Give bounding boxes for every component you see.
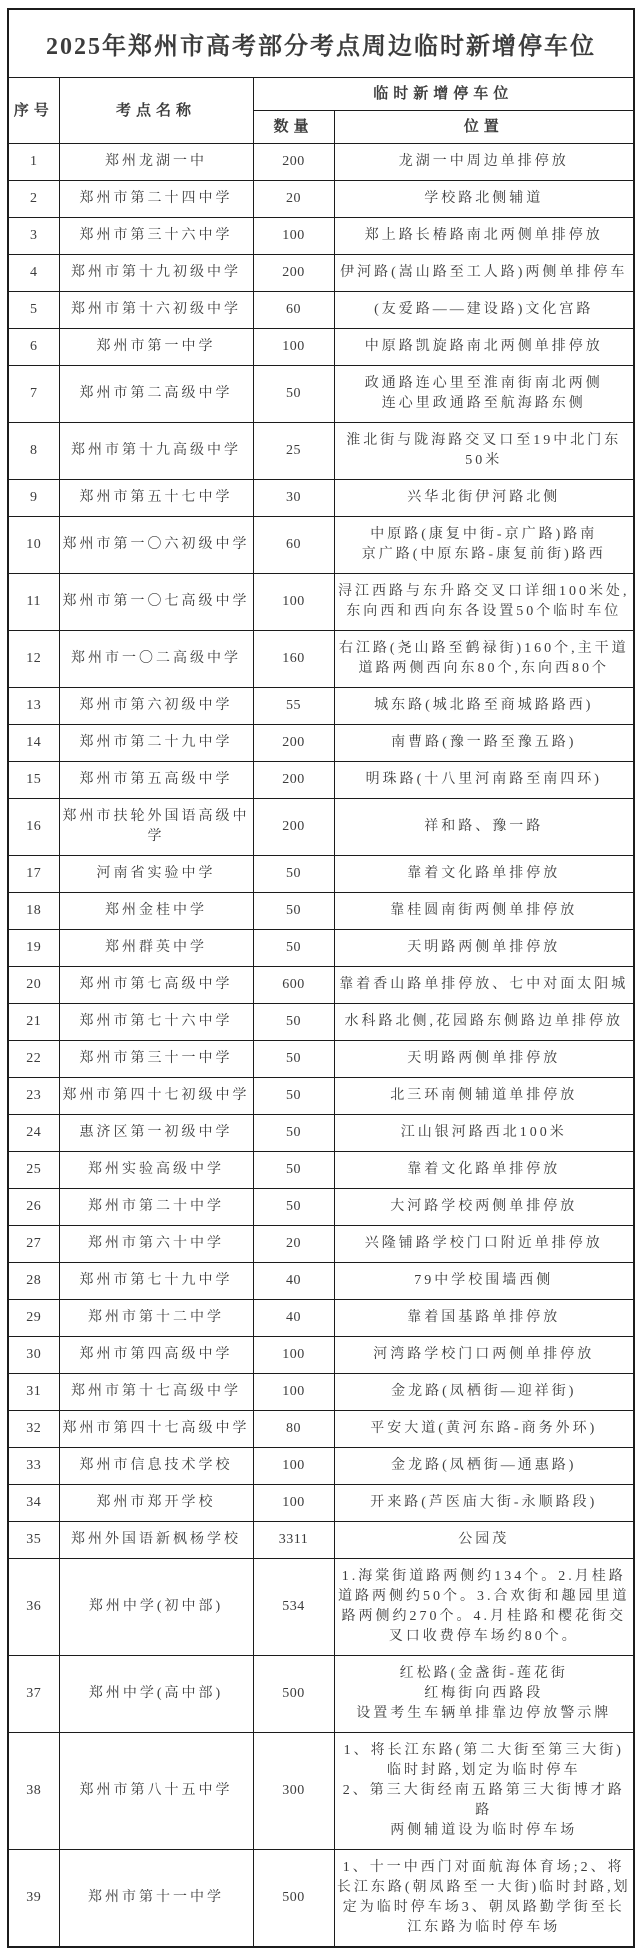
column-header-qty: 数量 bbox=[253, 111, 334, 144]
quantity-cell: 20 bbox=[253, 1226, 334, 1263]
row-number-cell: 12 bbox=[8, 631, 59, 688]
table-row: 16郑州市扶轮外国语高级中学200祥和路、豫一路 bbox=[8, 799, 634, 856]
site-name-cell: 郑州市第三十六中学 bbox=[59, 218, 253, 255]
parking-table: 2025年郑州市高考部分考点周边临时新增停车位 序号 考点名称 临时新增停车位 … bbox=[7, 8, 635, 1948]
page: 2025年郑州市高考部分考点周边临时新增停车位 序号 考点名称 临时新增停车位 … bbox=[0, 0, 640, 1960]
column-header-group: 临时新增停车位 bbox=[253, 78, 634, 111]
row-number-cell: 29 bbox=[8, 1300, 59, 1337]
row-number-cell: 26 bbox=[8, 1189, 59, 1226]
quantity-cell: 200 bbox=[253, 144, 334, 181]
quantity-cell: 500 bbox=[253, 1656, 334, 1733]
quantity-cell: 600 bbox=[253, 967, 334, 1004]
table-row: 29郑州市第十二中学40靠着国基路单排停放 bbox=[8, 1300, 634, 1337]
table-row: 19郑州群英中学50天明路两侧单排停放 bbox=[8, 930, 634, 967]
site-name-cell: 郑州市第十二中学 bbox=[59, 1300, 253, 1337]
site-name-cell: 河南省实验中学 bbox=[59, 856, 253, 893]
location-cell: 祥和路、豫一路 bbox=[334, 799, 634, 856]
location-cell: 开来路(芦医庙大街-永顺路段) bbox=[334, 1485, 634, 1522]
table-row: 22郑州市第三十一中学50天明路两侧单排停放 bbox=[8, 1041, 634, 1078]
table-row: 31郑州市第十七高级中学100金龙路(凤栖街—迎祥街) bbox=[8, 1374, 634, 1411]
row-number-cell: 14 bbox=[8, 725, 59, 762]
site-name-cell: 郑州市第一〇七高级中学 bbox=[59, 574, 253, 631]
location-cell: 大河路学校两侧单排停放 bbox=[334, 1189, 634, 1226]
location-cell: 靠桂圆南街两侧单排停放 bbox=[334, 893, 634, 930]
quantity-cell: 60 bbox=[253, 292, 334, 329]
row-number-cell: 31 bbox=[8, 1374, 59, 1411]
location-cell: 靠着文化路单排停放 bbox=[334, 856, 634, 893]
table-row: 14郑州市第二十九中学200南曹路(豫一路至豫五路) bbox=[8, 725, 634, 762]
table-row: 32郑州市第四十七高级中学80平安大道(黄河东路-商务外环) bbox=[8, 1411, 634, 1448]
quantity-cell: 100 bbox=[253, 1374, 334, 1411]
site-name-cell: 郑州市第七高级中学 bbox=[59, 967, 253, 1004]
row-number-cell: 15 bbox=[8, 762, 59, 799]
site-name-cell: 郑州外国语新枫杨学校 bbox=[59, 1522, 253, 1559]
quantity-cell: 200 bbox=[253, 255, 334, 292]
quantity-cell: 50 bbox=[253, 1152, 334, 1189]
quantity-cell: 50 bbox=[253, 366, 334, 423]
location-cell: 浔江西路与东升路交叉口详细100米处,东向西和西向东各设置50个临时车位 bbox=[334, 574, 634, 631]
header-row-top: 序号 考点名称 临时新增停车位 bbox=[8, 78, 634, 111]
location-cell: 公园茂 bbox=[334, 1522, 634, 1559]
table-row: 21郑州市第七十六中学50水科路北侧,花园路东侧路边单排停放 bbox=[8, 1004, 634, 1041]
quantity-cell: 40 bbox=[253, 1263, 334, 1300]
site-name-cell: 郑州市信息技术学校 bbox=[59, 1448, 253, 1485]
site-name-cell: 郑州市扶轮外国语高级中学 bbox=[59, 799, 253, 856]
table-row: 10郑州市第一〇六初级中学60中原路(康复中街-京广路)路南 京广路(中原东路-… bbox=[8, 517, 634, 574]
quantity-cell: 50 bbox=[253, 1078, 334, 1115]
row-number-cell: 24 bbox=[8, 1115, 59, 1152]
column-header-site: 考点名称 bbox=[59, 78, 253, 144]
table-row: 17河南省实验中学50靠着文化路单排停放 bbox=[8, 856, 634, 893]
site-name-cell: 郑州市第五十七中学 bbox=[59, 480, 253, 517]
quantity-cell: 200 bbox=[253, 725, 334, 762]
quantity-cell: 300 bbox=[253, 1733, 334, 1850]
row-number-cell: 39 bbox=[8, 1850, 59, 1948]
row-number-cell: 33 bbox=[8, 1448, 59, 1485]
table-row: 1郑州龙湖一中200龙湖一中周边单排停放 bbox=[8, 144, 634, 181]
location-cell: 1、十一中西门对面航海体育场;2、将长江东路(朝凤路至一大街)临时封路,划定为临… bbox=[334, 1850, 634, 1948]
table-row: 8郑州市第十九高级中学25淮北街与陇海路交叉口至19中北门东50米 bbox=[8, 423, 634, 480]
quantity-cell: 80 bbox=[253, 1411, 334, 1448]
row-number-cell: 36 bbox=[8, 1559, 59, 1656]
table-row: 7郑州市第二高级中学50政通路连心里至淮南街南北两侧 连心里政通路至航海路东侧 bbox=[8, 366, 634, 423]
table-body: 1郑州龙湖一中200龙湖一中周边单排停放2郑州市第二十四中学20学校路北侧辅道3… bbox=[8, 144, 634, 1948]
location-cell: 金龙路(凤栖街—通惠路) bbox=[334, 1448, 634, 1485]
table-header: 2025年郑州市高考部分考点周边临时新增停车位 序号 考点名称 临时新增停车位 … bbox=[8, 9, 634, 144]
row-number-cell: 22 bbox=[8, 1041, 59, 1078]
table-row: 34郑州市郑开学校100开来路(芦医庙大街-永顺路段) bbox=[8, 1485, 634, 1522]
table-row: 4郑州市第十九初级中学200伊河路(嵩山路至工人路)两侧单排停车 bbox=[8, 255, 634, 292]
table-row: 30郑州市第四高级中学100河湾路学校门口两侧单排停放 bbox=[8, 1337, 634, 1374]
site-name-cell: 郑州市第十六初级中学 bbox=[59, 292, 253, 329]
table-row: 26郑州市第二十中学50大河路学校两侧单排停放 bbox=[8, 1189, 634, 1226]
site-name-cell: 郑州市第一〇六初级中学 bbox=[59, 517, 253, 574]
table-row: 15郑州市第五高级中学200明珠路(十八里河南路至南四环) bbox=[8, 762, 634, 799]
table-row: 13郑州市第六初级中学55城东路(城北路至商城路路西) bbox=[8, 688, 634, 725]
site-name-cell: 郑州市第四十七高级中学 bbox=[59, 1411, 253, 1448]
location-cell: 右江路(尧山路至鹤禄街)160个,主干道道路两侧西向东80个,东向西80个 bbox=[334, 631, 634, 688]
column-header-loc: 位置 bbox=[334, 111, 634, 144]
quantity-cell: 160 bbox=[253, 631, 334, 688]
row-number-cell: 37 bbox=[8, 1656, 59, 1733]
quantity-cell: 100 bbox=[253, 1337, 334, 1374]
location-cell: 兴华北街伊河路北侧 bbox=[334, 480, 634, 517]
location-cell: 天明路两侧单排停放 bbox=[334, 1041, 634, 1078]
location-cell: 金龙路(凤栖街—迎祥街) bbox=[334, 1374, 634, 1411]
location-cell: 水科路北侧,花园路东侧路边单排停放 bbox=[334, 1004, 634, 1041]
quantity-cell: 50 bbox=[253, 893, 334, 930]
row-number-cell: 5 bbox=[8, 292, 59, 329]
site-name-cell: 郑州市一〇二高级中学 bbox=[59, 631, 253, 688]
quantity-cell: 50 bbox=[253, 930, 334, 967]
location-cell: 江山银河路西北100米 bbox=[334, 1115, 634, 1152]
table-row: 2郑州市第二十四中学20学校路北侧辅道 bbox=[8, 181, 634, 218]
site-name-cell: 郑州群英中学 bbox=[59, 930, 253, 967]
site-name-cell: 郑州市第十九初级中学 bbox=[59, 255, 253, 292]
row-number-cell: 21 bbox=[8, 1004, 59, 1041]
site-name-cell: 郑州市第七十六中学 bbox=[59, 1004, 253, 1041]
site-name-cell: 郑州市第二十九中学 bbox=[59, 725, 253, 762]
site-name-cell: 郑州金桂中学 bbox=[59, 893, 253, 930]
location-cell: (友爱路——建设路)文化宫路 bbox=[334, 292, 634, 329]
site-name-cell: 惠济区第一初级中学 bbox=[59, 1115, 253, 1152]
table-row: 38郑州市第八十五中学3001、将长江东路(第二大街至第三大街) 临时封路,划定… bbox=[8, 1733, 634, 1850]
table-row: 9郑州市第五十七中学30兴华北街伊河路北侧 bbox=[8, 480, 634, 517]
location-cell: 城东路(城北路至商城路路西) bbox=[334, 688, 634, 725]
row-number-cell: 28 bbox=[8, 1263, 59, 1300]
location-cell: 中原路(康复中街-京广路)路南 京广路(中原东路-康复前街)路西 bbox=[334, 517, 634, 574]
row-number-cell: 10 bbox=[8, 517, 59, 574]
location-cell: 龙湖一中周边单排停放 bbox=[334, 144, 634, 181]
quantity-cell: 50 bbox=[253, 856, 334, 893]
quantity-cell: 25 bbox=[253, 423, 334, 480]
site-name-cell: 郑州市第十七高级中学 bbox=[59, 1374, 253, 1411]
site-name-cell: 郑州中学(高中部) bbox=[59, 1656, 253, 1733]
site-name-cell: 郑州市郑开学校 bbox=[59, 1485, 253, 1522]
site-name-cell: 郑州市第一中学 bbox=[59, 329, 253, 366]
location-cell: 天明路两侧单排停放 bbox=[334, 930, 634, 967]
row-number-cell: 38 bbox=[8, 1733, 59, 1850]
table-row: 36郑州中学(初中部)5341.海棠街道路两侧约134个。2.月桂路道路两侧约5… bbox=[8, 1559, 634, 1656]
site-name-cell: 郑州市第十九高级中学 bbox=[59, 423, 253, 480]
location-cell: 南曹路(豫一路至豫五路) bbox=[334, 725, 634, 762]
location-cell: 北三环南侧辅道单排停放 bbox=[334, 1078, 634, 1115]
location-cell: 1、将长江东路(第二大街至第三大街) 临时封路,划定为临时停车 2、第三大街经南… bbox=[334, 1733, 634, 1850]
quantity-cell: 200 bbox=[253, 799, 334, 856]
quantity-cell: 3311 bbox=[253, 1522, 334, 1559]
site-name-cell: 郑州市第七十九中学 bbox=[59, 1263, 253, 1300]
row-number-cell: 7 bbox=[8, 366, 59, 423]
row-number-cell: 8 bbox=[8, 423, 59, 480]
site-name-cell: 郑州市第四高级中学 bbox=[59, 1337, 253, 1374]
site-name-cell: 郑州实验高级中学 bbox=[59, 1152, 253, 1189]
row-number-cell: 4 bbox=[8, 255, 59, 292]
quantity-cell: 200 bbox=[253, 762, 334, 799]
location-cell: 靠着香山路单排停放、七中对面太阳城 bbox=[334, 967, 634, 1004]
quantity-cell: 100 bbox=[253, 1448, 334, 1485]
location-cell: 平安大道(黄河东路-商务外环) bbox=[334, 1411, 634, 1448]
row-number-cell: 18 bbox=[8, 893, 59, 930]
location-cell: 靠着文化路单排停放 bbox=[334, 1152, 634, 1189]
quantity-cell: 55 bbox=[253, 688, 334, 725]
row-number-cell: 32 bbox=[8, 1411, 59, 1448]
location-cell: 郑上路长椿路南北两侧单排停放 bbox=[334, 218, 634, 255]
table-row: 24惠济区第一初级中学50江山银河路西北100米 bbox=[8, 1115, 634, 1152]
quantity-cell: 60 bbox=[253, 517, 334, 574]
table-row: 39郑州市第十一中学5001、十一中西门对面航海体育场;2、将长江东路(朝凤路至… bbox=[8, 1850, 634, 1948]
row-number-cell: 13 bbox=[8, 688, 59, 725]
table-row: 20郑州市第七高级中学600靠着香山路单排停放、七中对面太阳城 bbox=[8, 967, 634, 1004]
table-row: 11郑州市第一〇七高级中学100浔江西路与东升路交叉口详细100米处,东向西和西… bbox=[8, 574, 634, 631]
location-cell: 河湾路学校门口两侧单排停放 bbox=[334, 1337, 634, 1374]
quantity-cell: 534 bbox=[253, 1559, 334, 1656]
title-row: 2025年郑州市高考部分考点周边临时新增停车位 bbox=[8, 9, 634, 78]
table-row: 3郑州市第三十六中学100郑上路长椿路南北两侧单排停放 bbox=[8, 218, 634, 255]
quantity-cell: 100 bbox=[253, 574, 334, 631]
row-number-cell: 30 bbox=[8, 1337, 59, 1374]
site-name-cell: 郑州市第二十四中学 bbox=[59, 181, 253, 218]
quantity-cell: 50 bbox=[253, 1004, 334, 1041]
quantity-cell: 40 bbox=[253, 1300, 334, 1337]
row-number-cell: 9 bbox=[8, 480, 59, 517]
table-row: 25郑州实验高级中学50靠着文化路单排停放 bbox=[8, 1152, 634, 1189]
location-cell: 79中学校围墙西侧 bbox=[334, 1263, 634, 1300]
quantity-cell: 100 bbox=[253, 1485, 334, 1522]
table-row: 6郑州市第一中学100中原路凯旋路南北两侧单排停放 bbox=[8, 329, 634, 366]
page-title: 2025年郑州市高考部分考点周边临时新增停车位 bbox=[8, 9, 634, 78]
site-name-cell: 郑州中学(初中部) bbox=[59, 1559, 253, 1656]
location-cell: 1.海棠街道路两侧约134个。2.月桂路道路两侧约50个。3.合欢街和趣园里道路… bbox=[334, 1559, 634, 1656]
location-cell: 红松路(金盏街-莲花街 红梅街向西路段 设置考生车辆单排靠边停放警示牌 bbox=[334, 1656, 634, 1733]
site-name-cell: 郑州市第二高级中学 bbox=[59, 366, 253, 423]
quantity-cell: 50 bbox=[253, 1115, 334, 1152]
quantity-cell: 20 bbox=[253, 181, 334, 218]
location-cell: 明珠路(十八里河南路至南四环) bbox=[334, 762, 634, 799]
quantity-cell: 100 bbox=[253, 218, 334, 255]
site-name-cell: 郑州市第二十中学 bbox=[59, 1189, 253, 1226]
row-number-cell: 25 bbox=[8, 1152, 59, 1189]
quantity-cell: 50 bbox=[253, 1189, 334, 1226]
row-number-cell: 19 bbox=[8, 930, 59, 967]
site-name-cell: 郑州市第六十中学 bbox=[59, 1226, 253, 1263]
site-name-cell: 郑州龙湖一中 bbox=[59, 144, 253, 181]
row-number-cell: 20 bbox=[8, 967, 59, 1004]
table-row: 37郑州中学(高中部)500红松路(金盏街-莲花街 红梅街向西路段 设置考生车辆… bbox=[8, 1656, 634, 1733]
row-number-cell: 1 bbox=[8, 144, 59, 181]
quantity-cell: 50 bbox=[253, 1041, 334, 1078]
row-number-cell: 27 bbox=[8, 1226, 59, 1263]
table-row: 23郑州市第四十七初级中学50北三环南侧辅道单排停放 bbox=[8, 1078, 634, 1115]
table-row: 5郑州市第十六初级中学60(友爱路——建设路)文化宫路 bbox=[8, 292, 634, 329]
location-cell: 中原路凯旋路南北两侧单排停放 bbox=[334, 329, 634, 366]
location-cell: 伊河路(嵩山路至工人路)两侧单排停车 bbox=[334, 255, 634, 292]
table-row: 27郑州市第六十中学20兴隆铺路学校门口附近单排停放 bbox=[8, 1226, 634, 1263]
row-number-cell: 16 bbox=[8, 799, 59, 856]
table-row: 35郑州外国语新枫杨学校3311公园茂 bbox=[8, 1522, 634, 1559]
row-number-cell: 3 bbox=[8, 218, 59, 255]
site-name-cell: 郑州市第四十七初级中学 bbox=[59, 1078, 253, 1115]
location-cell: 政通路连心里至淮南街南北两侧 连心里政通路至航海路东侧 bbox=[334, 366, 634, 423]
table-row: 28郑州市第七十九中学4079中学校围墙西侧 bbox=[8, 1263, 634, 1300]
column-header-no: 序号 bbox=[8, 78, 59, 144]
quantity-cell: 100 bbox=[253, 329, 334, 366]
site-name-cell: 郑州市第六初级中学 bbox=[59, 688, 253, 725]
row-number-cell: 23 bbox=[8, 1078, 59, 1115]
row-number-cell: 11 bbox=[8, 574, 59, 631]
quantity-cell: 30 bbox=[253, 480, 334, 517]
location-cell: 靠着国基路单排停放 bbox=[334, 1300, 634, 1337]
site-name-cell: 郑州市第十一中学 bbox=[59, 1850, 253, 1948]
quantity-cell: 500 bbox=[253, 1850, 334, 1948]
row-number-cell: 17 bbox=[8, 856, 59, 893]
row-number-cell: 35 bbox=[8, 1522, 59, 1559]
row-number-cell: 6 bbox=[8, 329, 59, 366]
site-name-cell: 郑州市第五高级中学 bbox=[59, 762, 253, 799]
site-name-cell: 郑州市第八十五中学 bbox=[59, 1733, 253, 1850]
location-cell: 学校路北侧辅道 bbox=[334, 181, 634, 218]
location-cell: 淮北街与陇海路交叉口至19中北门东50米 bbox=[334, 423, 634, 480]
row-number-cell: 2 bbox=[8, 181, 59, 218]
table-row: 12郑州市一〇二高级中学160右江路(尧山路至鹤禄街)160个,主干道道路两侧西… bbox=[8, 631, 634, 688]
site-name-cell: 郑州市第三十一中学 bbox=[59, 1041, 253, 1078]
table-row: 18郑州金桂中学50靠桂圆南街两侧单排停放 bbox=[8, 893, 634, 930]
table-row: 33郑州市信息技术学校100金龙路(凤栖街—通惠路) bbox=[8, 1448, 634, 1485]
location-cell: 兴隆铺路学校门口附近单排停放 bbox=[334, 1226, 634, 1263]
row-number-cell: 34 bbox=[8, 1485, 59, 1522]
